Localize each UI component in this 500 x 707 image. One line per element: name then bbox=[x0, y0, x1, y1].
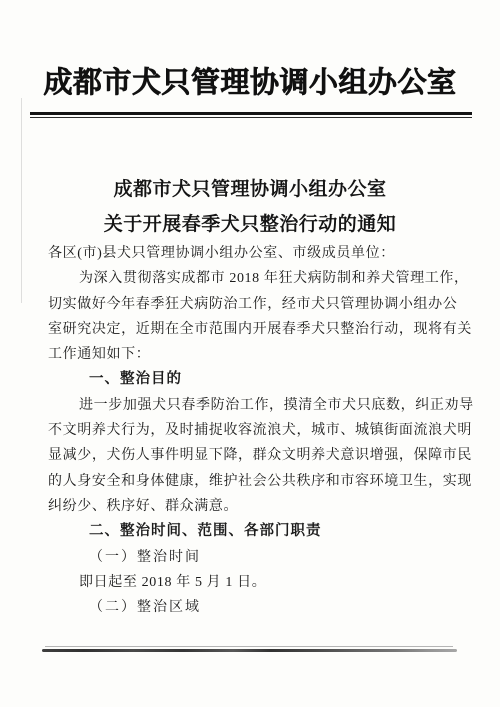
document-line: 纠纷少、秩序好、群众满意。 bbox=[48, 494, 460, 519]
scan-bottom-rough-line bbox=[42, 649, 457, 652]
document-line: 切实做好今年春季狂犬病防治工作，经市犬只管理协调小组办公 bbox=[48, 292, 460, 317]
document-line: 工作通知如下： bbox=[48, 342, 460, 367]
notice-title-line1: 成都市犬只管理协调小组办公室 bbox=[0, 172, 500, 207]
document-line: 的人身安全和身体健康，维护社会公共秩序和市容环境卫生，实现 bbox=[48, 469, 460, 494]
document-body: 各区(市)县犬只管理协调小组办公室、市级成员单位：为深入贯彻落实成都市 2018… bbox=[48, 241, 460, 620]
notice-title: 成都市犬只管理协调小组办公室 关于开展春季犬只整治行动的通知 bbox=[0, 172, 500, 242]
divider-thin-rule bbox=[30, 117, 472, 118]
divider-thick-rule bbox=[30, 112, 472, 115]
document-line: 不文明养犬行为，及时捕捉收容流浪犬，城市、城镇街面流浪犬明 bbox=[48, 418, 460, 443]
document-line: 为深入贯彻落实成都市 2018 年狂犬病防制和养犬管理工作， bbox=[48, 266, 460, 291]
notice-title-line2: 关于开展春季犬只整治行动的通知 bbox=[0, 207, 500, 242]
document-line: （二）整治区域 bbox=[48, 595, 460, 620]
letterhead-divider bbox=[30, 112, 472, 118]
scan-bottom-faint-line bbox=[45, 646, 453, 647]
scanned-document-page: 成都市犬只管理协调小组办公室 成都市犬只管理协调小组办公室 关于开展春季犬只整治… bbox=[0, 0, 500, 707]
document-line: 室研究决定，近期在全市范围内开展春季犬只整治行动，现将有关 bbox=[48, 317, 460, 342]
document-line: 即日起至 2018 年 5 月 1 日。 bbox=[48, 570, 460, 595]
document-line: 二、整治时间、范围、各部门职责 bbox=[48, 519, 460, 544]
document-line: 进一步加强犬只春季防治工作，摸清全市犬只底数，纠正劝导 bbox=[48, 393, 460, 418]
document-line: 各区(市)县犬只管理协调小组办公室、市级成员单位： bbox=[48, 241, 460, 266]
document-line: 一、整治目的 bbox=[48, 367, 460, 392]
document-line: （一）整治时间 bbox=[48, 545, 460, 570]
letterhead-org-name: 成都市犬只管理协调小组办公室 bbox=[0, 60, 500, 101]
document-line: 显减少，犬伤人事件明显下降，群众文明养犬意识增强，保障市民 bbox=[48, 443, 460, 468]
